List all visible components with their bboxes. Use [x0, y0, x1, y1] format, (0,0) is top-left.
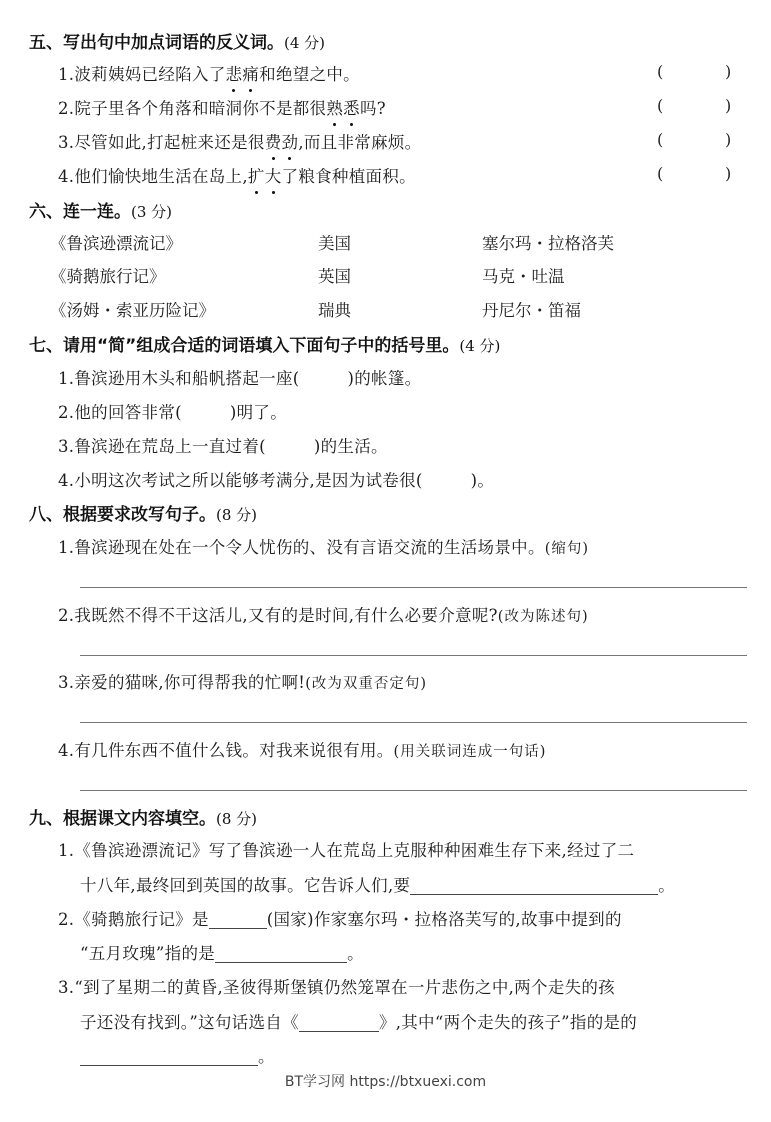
section-9-item-2-line-1: 2.《骑鹅旅行记》是(国家)作家塞尔玛・拉格洛芙写的,故事中提到的	[58, 906, 622, 930]
item-text: 。	[658, 876, 675, 895]
section-7-points: (4 分)	[459, 337, 500, 355]
section-8-item-1: 1.鲁滨逊现在处在一个令人忧伤的、没有言语交流的生活场景中。(缩句)	[58, 534, 589, 558]
section-9-item-3-line-3: 。	[80, 1043, 275, 1067]
item-text: 鲁滨逊用木头和船帆搭起一座(	[74, 369, 299, 388]
item-text: 院子里各个角落和暗洞你不是都很	[74, 99, 326, 118]
item-text: 了粮食种植面积。	[282, 167, 416, 186]
section-8-item-3: 3.亲爱的猫咪,你可得帮我的忙啊!(改为双重否定句)	[58, 669, 427, 693]
item-text: 亲爱的猫咪,你可得帮我的忙啊!	[74, 673, 305, 692]
section-9-item-2-line-2: “五月玫瑰”指的是。	[80, 940, 364, 964]
footer-watermark: BT学习网 https://btxuexi.com	[0, 1071, 771, 1091]
dotted-char: 熟	[326, 95, 343, 119]
item-text: “五月玫瑰”指的是	[80, 944, 215, 963]
section-7-item-3: 3.鲁滨逊在荒岛上一直过着()的生活。	[58, 433, 388, 457]
item-text: )的生活。	[314, 437, 388, 456]
section-9-heading: 九、根据课文内容填空。(8 分)	[29, 804, 257, 829]
answer-line-4[interactable]	[80, 790, 747, 791]
author-2[interactable]: 马克・吐温	[482, 263, 565, 287]
fill-blank[interactable]	[80, 1047, 258, 1066]
item-number: 3.	[58, 133, 74, 152]
book-2[interactable]: 《骑鹅旅行记》	[50, 263, 166, 287]
section-7-title: 七、请用“简”组成合适的词语填入下面句子中的括号里。	[29, 336, 459, 356]
section-6-title: 六、连一连。	[29, 202, 131, 222]
section-7-item-4: 4.小明这次考试之所以能够考满分,是因为试卷很()。	[58, 467, 494, 491]
dotted-char: 悲	[226, 61, 243, 85]
answer-paren-open: (	[657, 130, 663, 149]
item-text: )。	[471, 471, 495, 490]
item-text: 他的回答非常(	[74, 403, 182, 422]
item-text: 我既然不得不干这活儿,又有的是时间,有什么必要介意呢?	[74, 606, 497, 625]
answer-paren-open: (	[657, 164, 663, 183]
answer-line-3[interactable]	[80, 722, 747, 723]
item-text: 。	[258, 1047, 275, 1066]
section-9-item-1-line-1: 1.《鲁滨逊漂流记》写了鲁滨逊一人在荒岛上克服种种困难生存下来,经过了二	[58, 837, 634, 861]
item-number: 1.	[58, 538, 74, 557]
item-number: 4.	[58, 471, 74, 490]
section-8-item-4: 4.有几件东西不值什么钱。对我来说很有用。(用关联词连成一句话)	[58, 737, 546, 761]
book-1[interactable]: 《鲁滨逊漂流记》	[50, 230, 182, 254]
section-7-heading: 七、请用“简”组成合适的词语填入下面句子中的括号里。(4 分)	[29, 331, 500, 356]
section-8-item-2: 2.我既然不得不干这活儿,又有的是时间,有什么必要介意呢?(改为陈述句)	[58, 602, 589, 626]
answer-box-2[interactable]	[668, 94, 722, 116]
section-7-item-1: 1.鲁滨逊用木头和船帆搭起一座()的帐篷。	[58, 365, 421, 389]
section-5-points: (4 分)	[284, 34, 325, 52]
item-text: 鲁滨逊在荒岛上一直过着(	[74, 437, 266, 456]
item-text: 子还没有找到。”这句话选自《	[80, 1013, 299, 1032]
item-text: 和绝望之中。	[259, 65, 360, 84]
item-text: 有几件东西不值什么钱。对我来说很有用。	[74, 741, 393, 760]
section-5-item-1: 1.波莉姨妈已经陷入了悲痛和绝望之中。	[58, 61, 360, 85]
dotted-char: 劲	[282, 129, 299, 153]
answer-paren-close: )	[725, 62, 731, 81]
item-hint: (改为陈述句)	[498, 609, 589, 625]
item-text: 鲁滨逊现在处在一个令人忧伤的、没有言语交流的生活场景中。	[74, 538, 544, 557]
fill-blank[interactable]	[299, 1013, 379, 1032]
dotted-char: 费	[265, 129, 282, 153]
section-9-item-3-line-2: 子还没有找到。”这句话选自《》,其中“两个走失的孩子”指的是的	[80, 1009, 637, 1033]
fill-blank[interactable]	[410, 876, 658, 895]
item-hint: (缩句)	[545, 541, 589, 557]
item-text: 他们愉快地生活在岛上,	[74, 167, 248, 186]
section-9-points: (8 分)	[216, 810, 257, 828]
item-text: )明了。	[230, 403, 287, 422]
answer-box-1[interactable]	[668, 60, 722, 82]
answer-line-1[interactable]	[80, 587, 747, 588]
answer-box-3[interactable]	[668, 128, 722, 150]
section-9-item-3-line-1: 3.“到了星期二的黄昏,圣彼得斯堡镇仍然笼罩在一片悲伤之中,两个走失的孩	[58, 974, 615, 998]
section-7-item-2: 2.他的回答非常()明了。	[58, 399, 287, 423]
item-number: 1.	[58, 65, 74, 84]
item-text: 尽管如此,打起桩来还是很	[74, 133, 264, 152]
item-hint: (改为双重否定句)	[305, 676, 427, 692]
dotted-char: 大	[265, 163, 282, 187]
answer-paren-close: )	[725, 130, 731, 149]
item-text: )的帐篷。	[347, 369, 421, 388]
item-number: 4.	[58, 167, 74, 186]
dotted-char: 痛	[242, 61, 259, 85]
item-number: 3.	[58, 673, 74, 692]
item-hint: (用关联词连成一句话)	[394, 744, 547, 760]
item-text: 波莉姨妈已经陷入了	[74, 65, 225, 84]
section-9-title: 九、根据课文内容填空。	[29, 809, 216, 829]
item-text: 《鲁滨逊漂流记》写了鲁滨逊一人在荒岛上克服种种困难生存下来,经过了二	[74, 841, 634, 860]
answer-box-4[interactable]	[668, 162, 722, 184]
item-text: 》,其中“两个走失的孩子”指的是的	[379, 1013, 637, 1032]
country-1[interactable]: 美国	[318, 230, 351, 254]
country-3[interactable]: 瑞典	[318, 297, 351, 321]
section-9-item-1-line-2: 十八年,最终回到英国的故事。它告诉人们,要。	[80, 872, 675, 896]
answer-paren-open: (	[657, 62, 663, 81]
answer-paren-open: (	[657, 96, 663, 115]
author-3[interactable]: 丹尼尔・笛福	[482, 297, 581, 321]
answer-paren-close: )	[725, 96, 731, 115]
section-8-heading: 八、根据要求改写句子。(8 分)	[29, 500, 257, 525]
country-2[interactable]: 英国	[318, 263, 351, 287]
section-8-title: 八、根据要求改写句子。	[29, 505, 216, 525]
book-3[interactable]: 《汤姆・索亚历险记》	[50, 297, 215, 321]
section-8-points: (8 分)	[216, 506, 257, 524]
item-text: ,而且非常麻烦。	[298, 133, 421, 152]
item-number: 2.	[58, 99, 74, 118]
item-number: 3.	[58, 437, 74, 456]
section-6-points: (3 分)	[131, 203, 172, 221]
item-number: 2.	[58, 403, 74, 422]
section-5-title: 五、写出句中加点词语的反义词。	[29, 33, 284, 53]
item-number: 2.	[58, 606, 74, 625]
dotted-char: 悉	[343, 95, 360, 119]
section-5-item-4: 4.他们愉快地生活在岛上,扩大了粮食种植面积。	[58, 163, 416, 187]
item-text: “到了星期二的黄昏,圣彼得斯堡镇仍然笼罩在一片悲伤之中,两个走失的孩	[74, 978, 615, 997]
item-number: 3.	[58, 978, 74, 997]
item-number: 1.	[58, 841, 74, 860]
section-5-heading: 五、写出句中加点词语的反义词。(4 分)	[29, 28, 325, 53]
item-number: 1.	[58, 369, 74, 388]
item-text: 吗?	[360, 99, 386, 118]
item-text: 小明这次考试之所以能够考满分,是因为试卷很(	[74, 471, 422, 490]
item-text: 《骑鹅旅行记》是	[74, 910, 208, 929]
section-6-heading: 六、连一连。(3 分)	[29, 197, 172, 222]
dotted-char: 扩	[248, 163, 265, 187]
section-5-item-2: 2.院子里各个角落和暗洞你不是都很熟悉吗?	[58, 95, 386, 119]
item-number: 2.	[58, 910, 74, 929]
fill-blank[interactable]	[209, 910, 267, 929]
section-5-item-3: 3.尽管如此,打起桩来还是很费劲,而且非常麻烦。	[58, 129, 421, 153]
author-1[interactable]: 塞尔玛・拉格洛芙	[482, 230, 614, 254]
item-number: 4.	[58, 741, 74, 760]
fill-blank[interactable]	[215, 944, 347, 963]
item-text: 。	[347, 944, 364, 963]
item-text: 十八年,最终回到英国的故事。它告诉人们,要	[80, 876, 410, 895]
answer-line-2[interactable]	[80, 655, 747, 656]
answer-paren-close: )	[725, 164, 731, 183]
item-text: (国家)作家塞尔玛・拉格洛芙写的,故事中提到的	[267, 910, 622, 929]
